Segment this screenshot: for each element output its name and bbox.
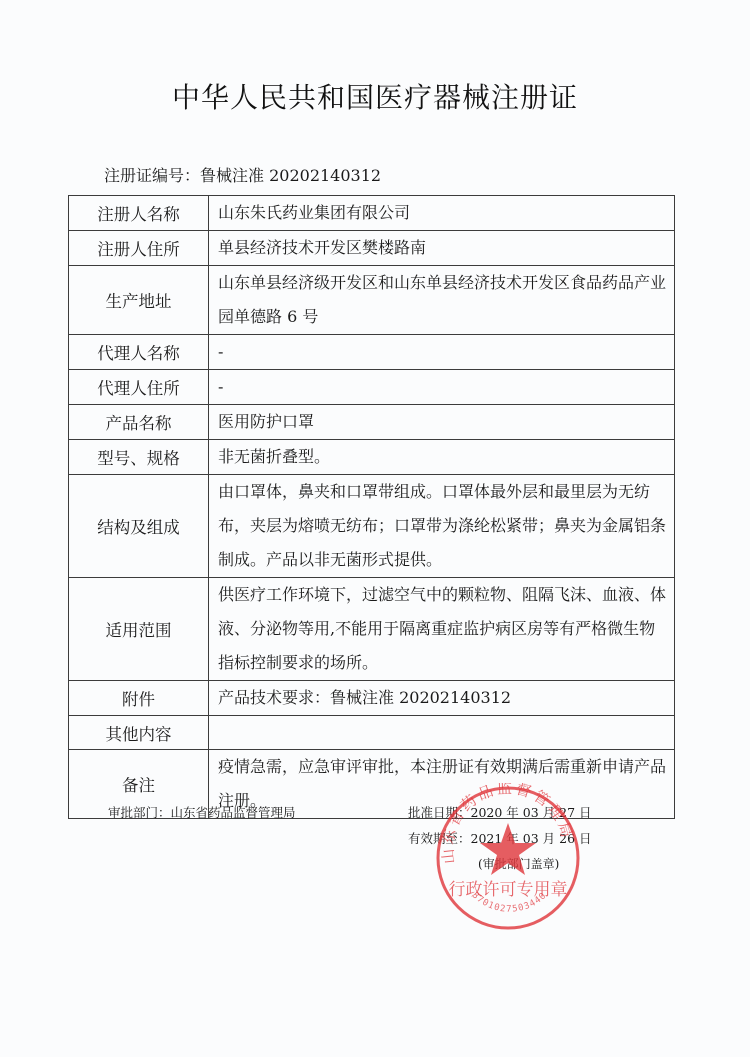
field-value: 山东朱氏药业集团有限公司 bbox=[209, 196, 675, 231]
table-row: 附件产品技术要求：鲁械注准 20202140312 bbox=[69, 681, 675, 716]
official-seal-icon: 山东省药品监督管理局 行政许可专用章 3701027503440 bbox=[433, 783, 583, 933]
field-label: 代理人住所 bbox=[69, 370, 209, 405]
table-row: 注册人名称山东朱氏药业集团有限公司 bbox=[69, 196, 675, 231]
field-label: 注册人住所 bbox=[69, 231, 209, 266]
field-label: 代理人名称 bbox=[69, 335, 209, 370]
table-row: 结构及组成由口罩体，鼻夹和口罩带组成。口罩体最外层和最里层为无纺布，夹层为熔喷无… bbox=[69, 475, 675, 578]
field-label: 生产地址 bbox=[69, 266, 209, 335]
field-value: - bbox=[209, 370, 675, 405]
table-row: 生产地址山东单县经济级开发区和山东单县经济技术开发区食品药品产业园单德路 6 号 bbox=[69, 266, 675, 335]
field-value: - bbox=[209, 335, 675, 370]
registration-number: 注册证编号：鲁械注准 20202140312 bbox=[104, 163, 381, 186]
certificate-table: 注册人名称山东朱氏药业集团有限公司注册人住所单县经济技术开发区樊楼路南生产地址山… bbox=[68, 195, 675, 819]
field-value: 供医疗工作环境下，过滤空气中的颗粒物、阻隔飞沫、血液、体液、分泌物等用,不能用于… bbox=[209, 578, 675, 681]
field-label: 型号、规格 bbox=[69, 440, 209, 475]
document-title: 中华人民共和国医疗器械注册证 bbox=[0, 76, 750, 116]
table-row: 代理人名称- bbox=[69, 335, 675, 370]
table-row: 型号、规格非无菌折叠型。 bbox=[69, 440, 675, 475]
field-value: 非无菌折叠型。 bbox=[209, 440, 675, 475]
stamp-bottom-text: 行政许可专用章 bbox=[449, 879, 568, 900]
field-label: 结构及组成 bbox=[69, 475, 209, 578]
table-row: 代理人住所- bbox=[69, 370, 675, 405]
field-value: 单县经济技术开发区樊楼路南 bbox=[209, 231, 675, 266]
field-value: 由口罩体，鼻夹和口罩带组成。口罩体最外层和最里层为无纺布，夹层为熔喷无纺布；口罩… bbox=[209, 475, 675, 578]
table-row: 产品名称医用防护口罩 bbox=[69, 405, 675, 440]
field-label: 产品名称 bbox=[69, 405, 209, 440]
table-row: 其他内容 bbox=[69, 716, 675, 750]
field-value: 医用防护口罩 bbox=[209, 405, 675, 440]
field-label: 附件 bbox=[69, 681, 209, 716]
field-value: 山东单县经济级开发区和山东单县经济技术开发区食品药品产业园单德路 6 号 bbox=[209, 266, 675, 335]
field-label: 注册人名称 bbox=[69, 196, 209, 231]
registration-number-label: 注册证编号： bbox=[104, 166, 200, 185]
field-label: 其他内容 bbox=[69, 716, 209, 750]
field-value bbox=[209, 716, 675, 750]
approval-department: 审批部门：山东省药品监督管理局 bbox=[108, 803, 296, 821]
table-row: 注册人住所单县经济技术开发区樊楼路南 bbox=[69, 231, 675, 266]
field-value: 产品技术要求：鲁械注准 20202140312 bbox=[209, 681, 675, 716]
registration-number-value: 鲁械注准 20202140312 bbox=[200, 166, 381, 185]
table-row: 适用范围供医疗工作环境下，过滤空气中的颗粒物、阻隔飞沫、血液、体液、分泌物等用,… bbox=[69, 578, 675, 681]
field-label: 适用范围 bbox=[69, 578, 209, 681]
